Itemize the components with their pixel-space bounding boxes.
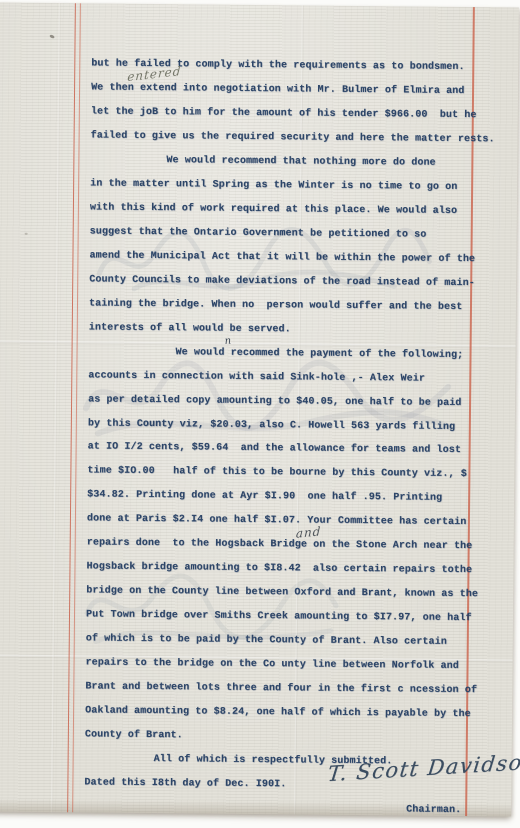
paper-speck [49, 34, 55, 39]
scanned-document-page: but he failed to comply with the require… [0, 0, 520, 828]
paper-crease [51, 3, 61, 812]
text-line: Chairman. [84, 794, 488, 822]
handwritten-insert-n: n [224, 336, 231, 347]
handwritten-correction-and: and [296, 524, 322, 541]
paper-sheet: but he failed to comply with the require… [0, 3, 519, 817]
typewritten-text: but he failed to comply with the require… [84, 52, 495, 822]
paper-speck [25, 233, 28, 235]
left-margin-rule [67, 3, 81, 812]
